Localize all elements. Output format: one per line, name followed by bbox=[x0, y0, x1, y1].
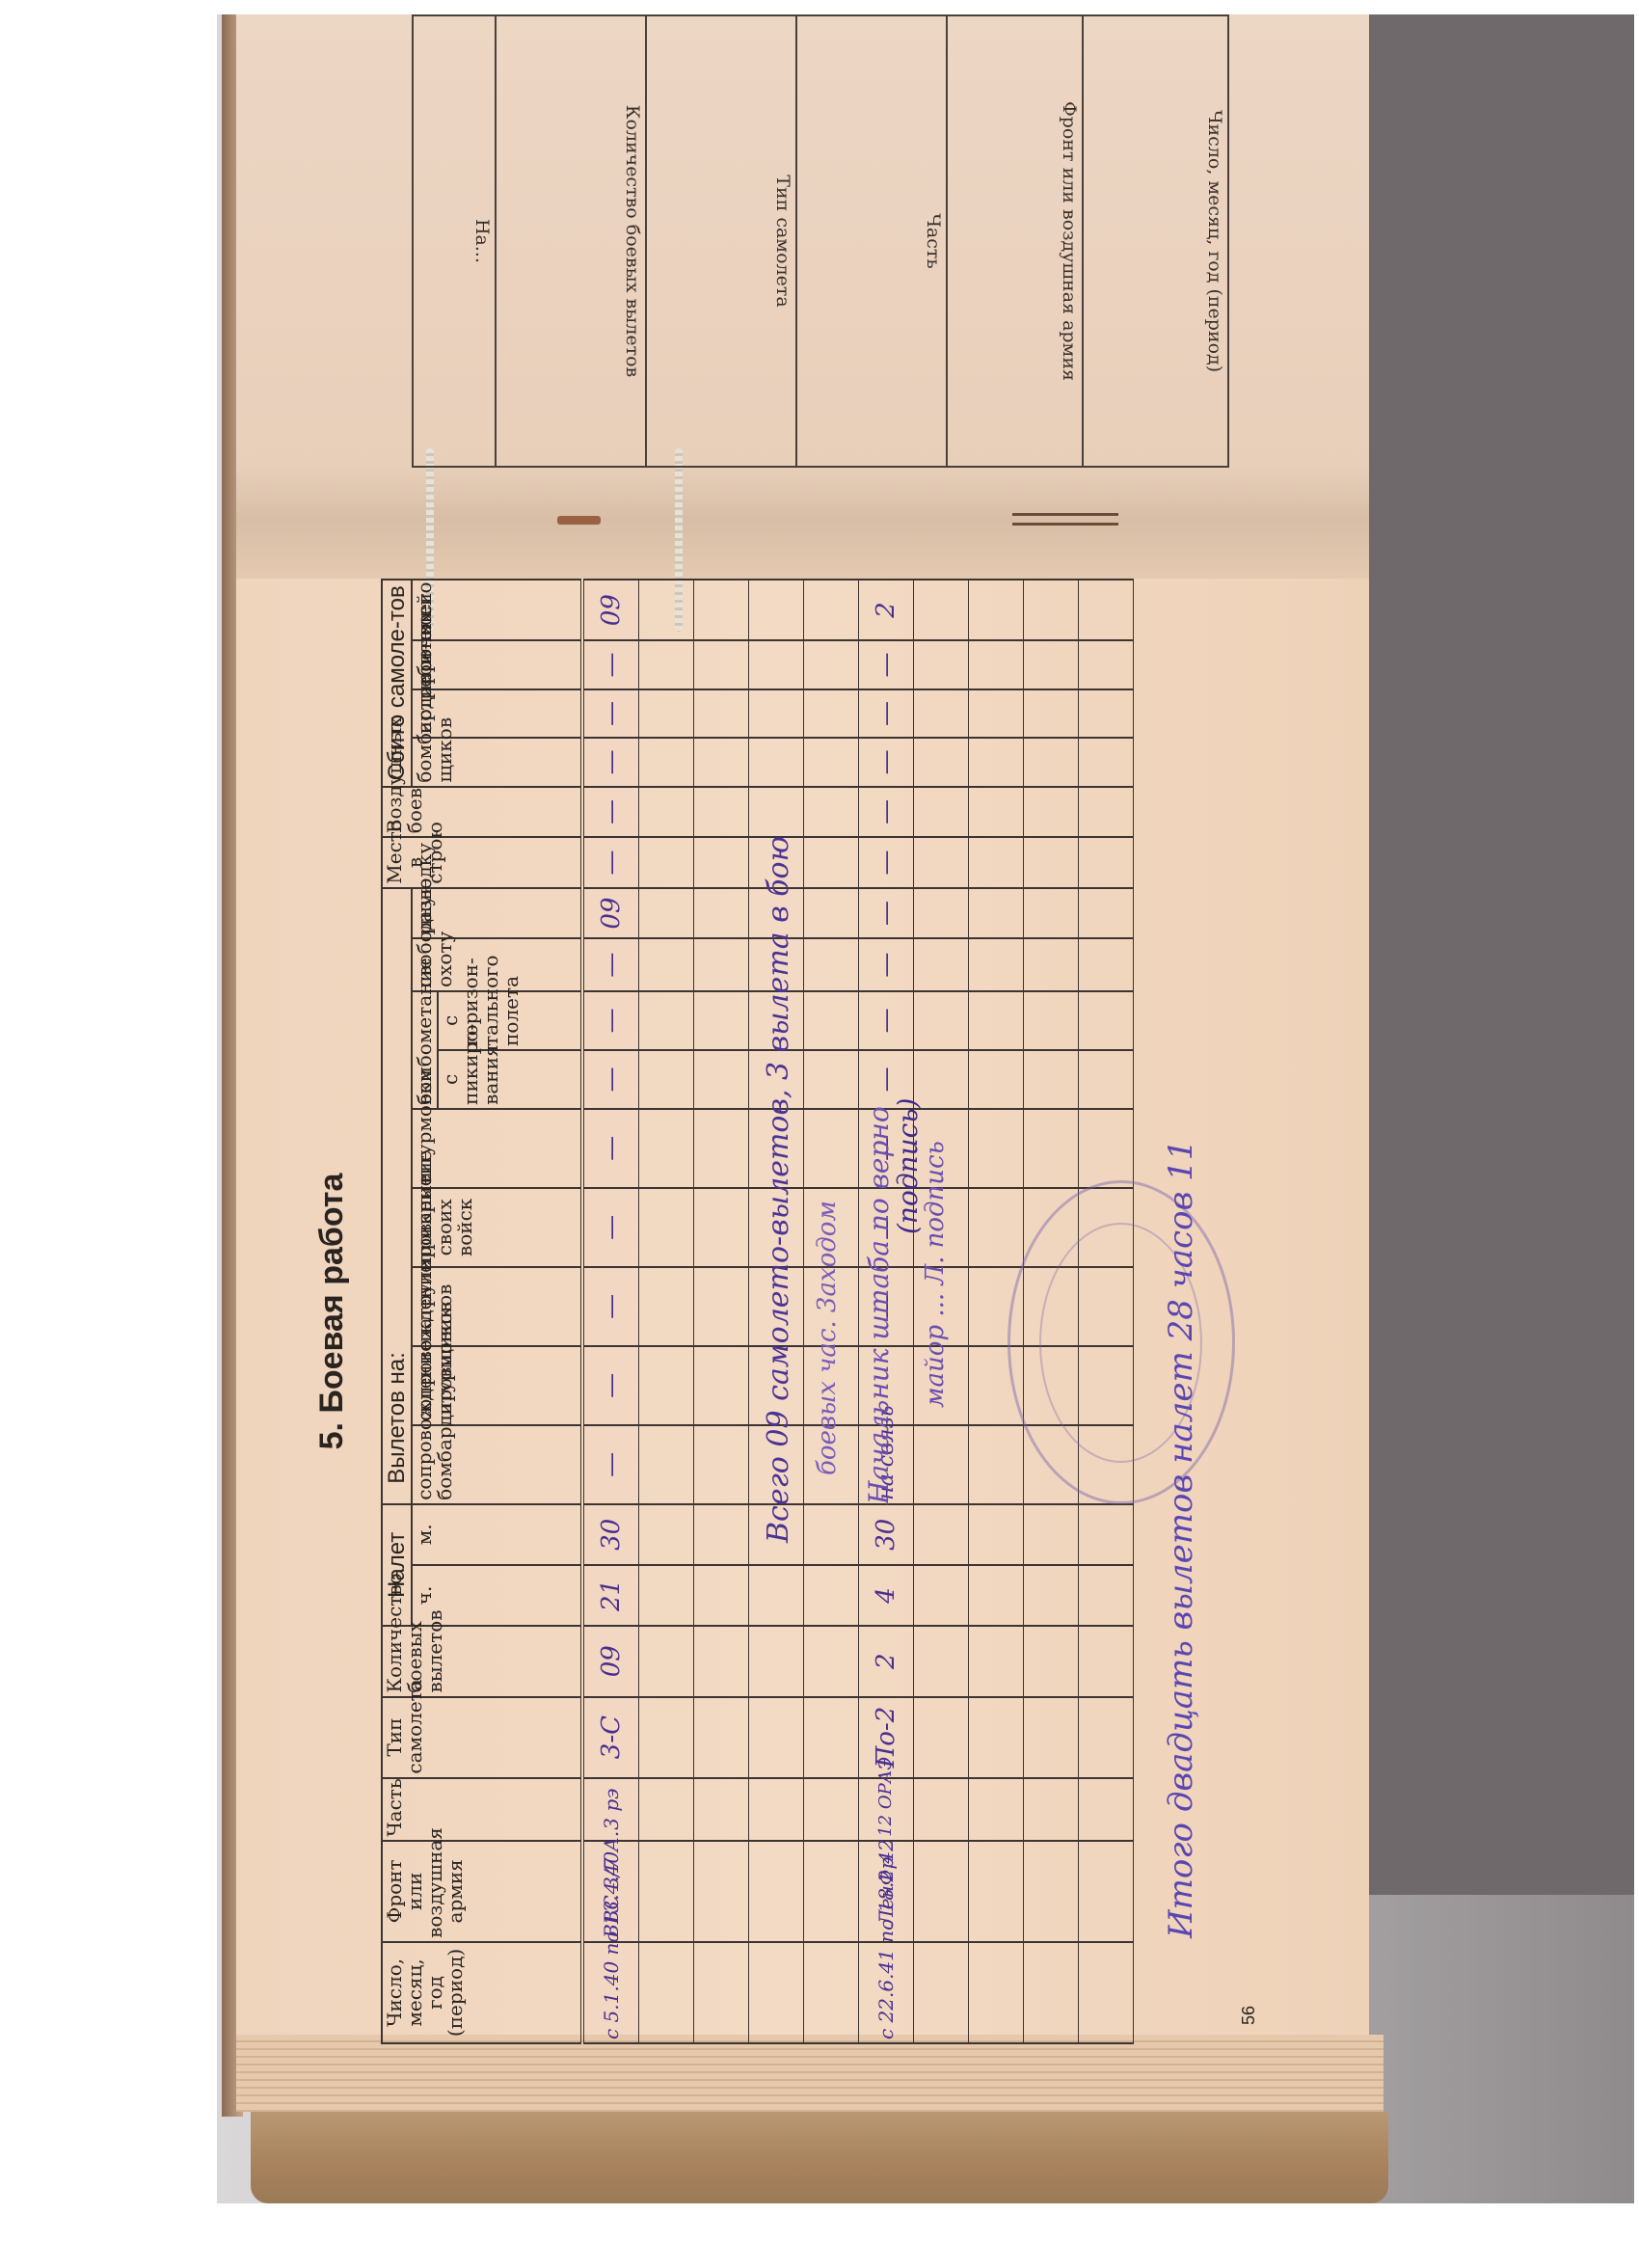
cell-hours: 4 bbox=[859, 1565, 914, 1626]
cell-minutes: 30 bbox=[582, 1504, 639, 1565]
rust-stain bbox=[557, 516, 601, 525]
cell-free-hunt: — bbox=[582, 938, 639, 991]
cell-aircraft-type: 3-С bbox=[582, 1697, 639, 1778]
signature: (подпись) bbox=[892, 1098, 924, 1234]
note-line-3: Начальник штаба по верно bbox=[863, 1106, 895, 1504]
total-summary-line: Итого двадцать вылетов налет 28 часов 11 bbox=[1162, 1140, 1200, 1938]
cell-dive-bombing: — bbox=[582, 1050, 639, 1109]
cell-date: с 22.6.41 по 18.2.42 bbox=[859, 1942, 914, 2043]
col-front-header: Фронт или воздушная армия bbox=[382, 1841, 582, 1942]
note-line-1: Всего 09 самолето-вылетов, 3 вылета в бо… bbox=[762, 836, 795, 1543]
cell-escort-bombers: — bbox=[582, 1425, 639, 1504]
book-cover-right bbox=[1369, 14, 1634, 1895]
combat-work-table-container: 5. Боевая работа Число, месяц, год (пери… bbox=[381, 579, 1229, 2044]
col-shot-other-header: прочих bbox=[412, 640, 582, 688]
col-ground-attack-header: штурмовки bbox=[412, 1109, 582, 1188]
col-combat-sorties-header: Количество боевых вылетов bbox=[382, 1626, 582, 1697]
cell-shot-other: — bbox=[859, 640, 914, 688]
cell-air-battles: — bbox=[859, 787, 914, 838]
cell-formation-place: — bbox=[859, 837, 914, 888]
upper-col-aircraft: Тип самолета bbox=[646, 15, 796, 467]
note-line-2: боевых час. 3аходом bbox=[813, 1201, 842, 1475]
col-shot-bombers-header: бомбардиров-щиков bbox=[412, 738, 582, 786]
col-bombing-group: бомбометание bbox=[412, 991, 438, 1109]
cell-hours: 21 bbox=[582, 1565, 639, 1626]
table-row bbox=[694, 580, 749, 2043]
page-stack-edge bbox=[236, 2035, 1384, 2112]
upper-col-next: На... bbox=[413, 15, 496, 467]
cell-shot-total: 2 bbox=[859, 580, 914, 640]
upper-col-sorties: Количество боевых вылетов bbox=[496, 15, 646, 467]
cell-shot-fighters: — bbox=[859, 689, 914, 738]
cell-level-bombing: — bbox=[859, 991, 914, 1050]
cell-recon: — bbox=[859, 888, 914, 939]
cell-recon: 09 bbox=[582, 888, 639, 939]
col-aircraft-type-header: Тип самолета bbox=[382, 1697, 582, 1778]
upper-col-date: Число, месяц, год (период) bbox=[1083, 15, 1228, 467]
cell-free-hunt: — bbox=[859, 938, 914, 991]
col-level-bombing-header: с горизон-тального полета bbox=[438, 991, 582, 1050]
book-spine bbox=[236, 463, 1369, 588]
official-stamp bbox=[1008, 1180, 1235, 1504]
cell-shot-total: 09 bbox=[582, 580, 639, 640]
cell-escort-attack: — bbox=[582, 1346, 639, 1425]
spine-mark bbox=[1012, 513, 1118, 516]
cell-combat-sorties: 09 bbox=[582, 1626, 639, 1697]
col-dive-bombing-header: с пикиро-вания bbox=[438, 1050, 582, 1109]
cell-shot-fighters: — bbox=[582, 689, 639, 738]
col-escort-bombers-header: сопровождение бомбардировщиков bbox=[412, 1425, 582, 1504]
cell-shot-bombers: — bbox=[582, 738, 639, 786]
col-date-header: Число, месяц, год (период) bbox=[382, 1942, 582, 2043]
cell-shot-bombers: — bbox=[859, 738, 914, 786]
table-row: с 5.1.40 по 13.4.40 ВВС 3/7 А. 3 рэ 3-С … bbox=[582, 580, 639, 2043]
col-shot-total-header: всего bbox=[412, 580, 582, 640]
cell-patrol: — bbox=[582, 1267, 639, 1346]
col-cover-troops-header: прикрытие своих войск bbox=[412, 1188, 582, 1267]
upper-col-unit: Часть bbox=[796, 15, 947, 467]
section-title: 5. Боевая работа bbox=[313, 579, 351, 2044]
page-number: 56 bbox=[1239, 2006, 1259, 2025]
cell-ground-attack: — bbox=[582, 1109, 639, 1188]
cell-front: ВВС 3/7 А. bbox=[582, 1841, 639, 1942]
cell-level-bombing: — bbox=[582, 991, 639, 1050]
cell-cover-troops: — bbox=[582, 1188, 639, 1267]
spine-mark bbox=[1012, 523, 1118, 526]
col-minutes-header: м. bbox=[412, 1504, 582, 1565]
col-air-battles-header: Воздушных боев bbox=[382, 787, 582, 838]
col-unit-header: Часть bbox=[382, 1778, 582, 1841]
col-escort-attack-header: сопровождение штурмовиков bbox=[412, 1346, 582, 1425]
cell-date: с 5.1.40 по 13.4.40 bbox=[582, 1942, 639, 2043]
cell-aircraft-type: По-2 bbox=[859, 1697, 914, 1778]
cell-combat-sorties: 2 bbox=[859, 1626, 914, 1697]
note-line-4: майор ... Л. подпись bbox=[921, 1141, 950, 1408]
cell-air-battles: — bbox=[582, 787, 639, 838]
col-shot-down-group: Сбито самоле-тов bbox=[382, 580, 412, 787]
upper-page-table: Число, месяц, год (период) Фронт или воз… bbox=[381, 14, 1229, 468]
cell-shot-other: — bbox=[582, 640, 639, 688]
cell-minutes: 30 bbox=[859, 1504, 914, 1565]
table-row bbox=[639, 580, 694, 2043]
cell-unit: 12 ОРАЭ bbox=[859, 1778, 914, 1841]
book-cover-bottom bbox=[251, 2112, 1388, 2203]
cell-formation-place: — bbox=[582, 837, 639, 888]
col-sorties-group: Вылетов на: bbox=[382, 888, 412, 1504]
upper-col-front: Фронт или воздушная армия bbox=[947, 15, 1083, 467]
